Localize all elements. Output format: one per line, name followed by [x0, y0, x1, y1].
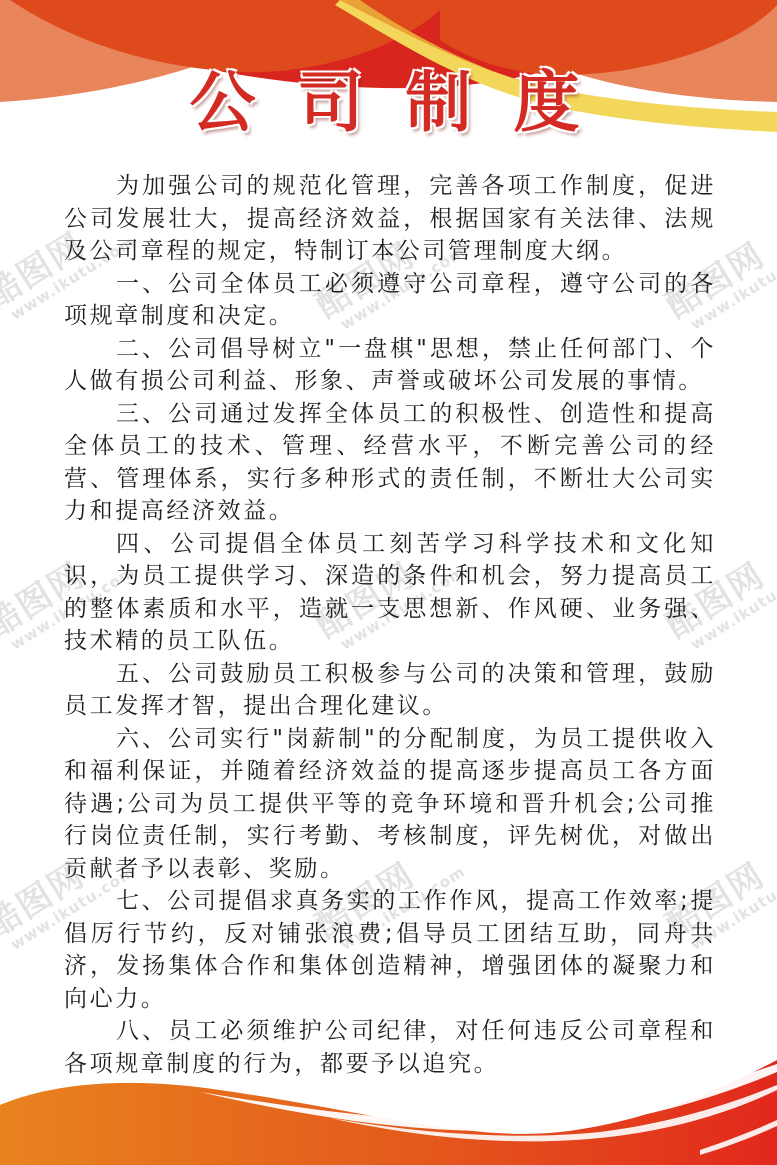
rule-6: 六、公司实行"岗薪制"的分配制度，为员工提供收入和福利保证，并随着经济效益的提高…: [64, 723, 716, 886]
rule-2: 二、公司倡导树立"一盘棋"思想，禁止任何部门、个人做有损公司利益、形象、声誉或破…: [64, 333, 716, 398]
policy-body: 为加强公司的规范化管理，完善各项工作制度，促进公司发展壮大，提高经济效益，根据国…: [64, 170, 716, 1080]
policy-poster: 公司制度 酷图网 www.ikutu.com 酷图网 www.ikutu.com…: [0, 0, 777, 1165]
rule-1: 一、公司全体员工必须遵守公司章程，遵守公司的各项规章制度和决定。: [64, 268, 716, 333]
rule-8: 八、员工必须维护公司纪律，对任何违反公司章程和各项规章制度的行为，都要予以追究。: [64, 1015, 716, 1080]
rule-3: 三、公司通过发挥全体员工的积极性、创造性和提高全体员工的技术、管理、经营水平，不…: [64, 398, 716, 528]
rule-5: 五、公司鼓励员工积极参与公司的决策和管理，鼓励员工发挥才智，提出合理化建议。: [64, 658, 716, 723]
rule-4: 四、公司提倡全体员工刻苦学习科学技术和文化知识，为员工提供学习、深造的条件和机会…: [64, 528, 716, 658]
intro-paragraph: 为加强公司的规范化管理，完善各项工作制度，促进公司发展壮大，提高经济效益，根据国…: [64, 170, 716, 268]
poster-title: 公司制度: [0, 62, 777, 142]
rule-7: 七、公司提倡求真务实的工作作风，提高工作效率;提倡厉行节约，反对铺张浪费;倡导员…: [64, 885, 716, 1015]
